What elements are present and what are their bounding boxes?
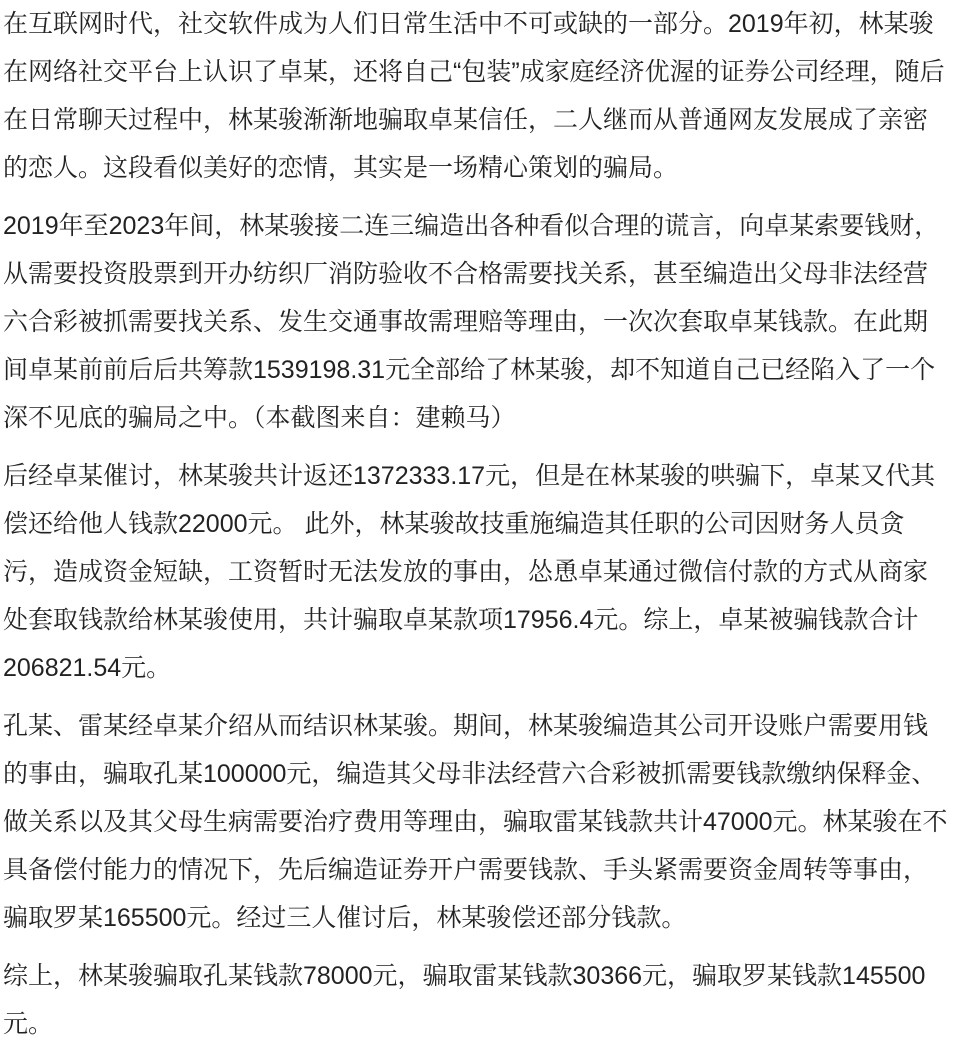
paragraph-intro: 在互联网时代，社交软件成为人们日常生活中不可或缺的一部分。2019年初，林某骏在… [3,0,951,192]
article-body: 在互联网时代，社交软件成为人们日常生活中不可或缺的一部分。2019年初，林某骏在… [0,0,960,1048]
paragraph-fraud-timeline: 2019年至2023年间，林某骏接二连三编造出各种看似合理的谎言，向卓某索要钱财… [3,202,951,442]
paragraph-other-victims: 孔某、雷某经卓某介绍从而结识林某骏。期间，林某骏编造其公司开设账户需要用钱的事由… [3,702,951,942]
document-page: { "page": { "background": "#ffffff", "te… [0,0,960,1048]
paragraph-summary: 综上，林某骏骗取孔某钱款78000元，骗取雷某钱款30366元，骗取罗某钱款14… [3,952,951,1048]
paragraph-repayment-details: 后经卓某催讨，林某骏共计返还1372333.17元，但是在林某骏的哄骗下，卓某又… [3,452,951,692]
